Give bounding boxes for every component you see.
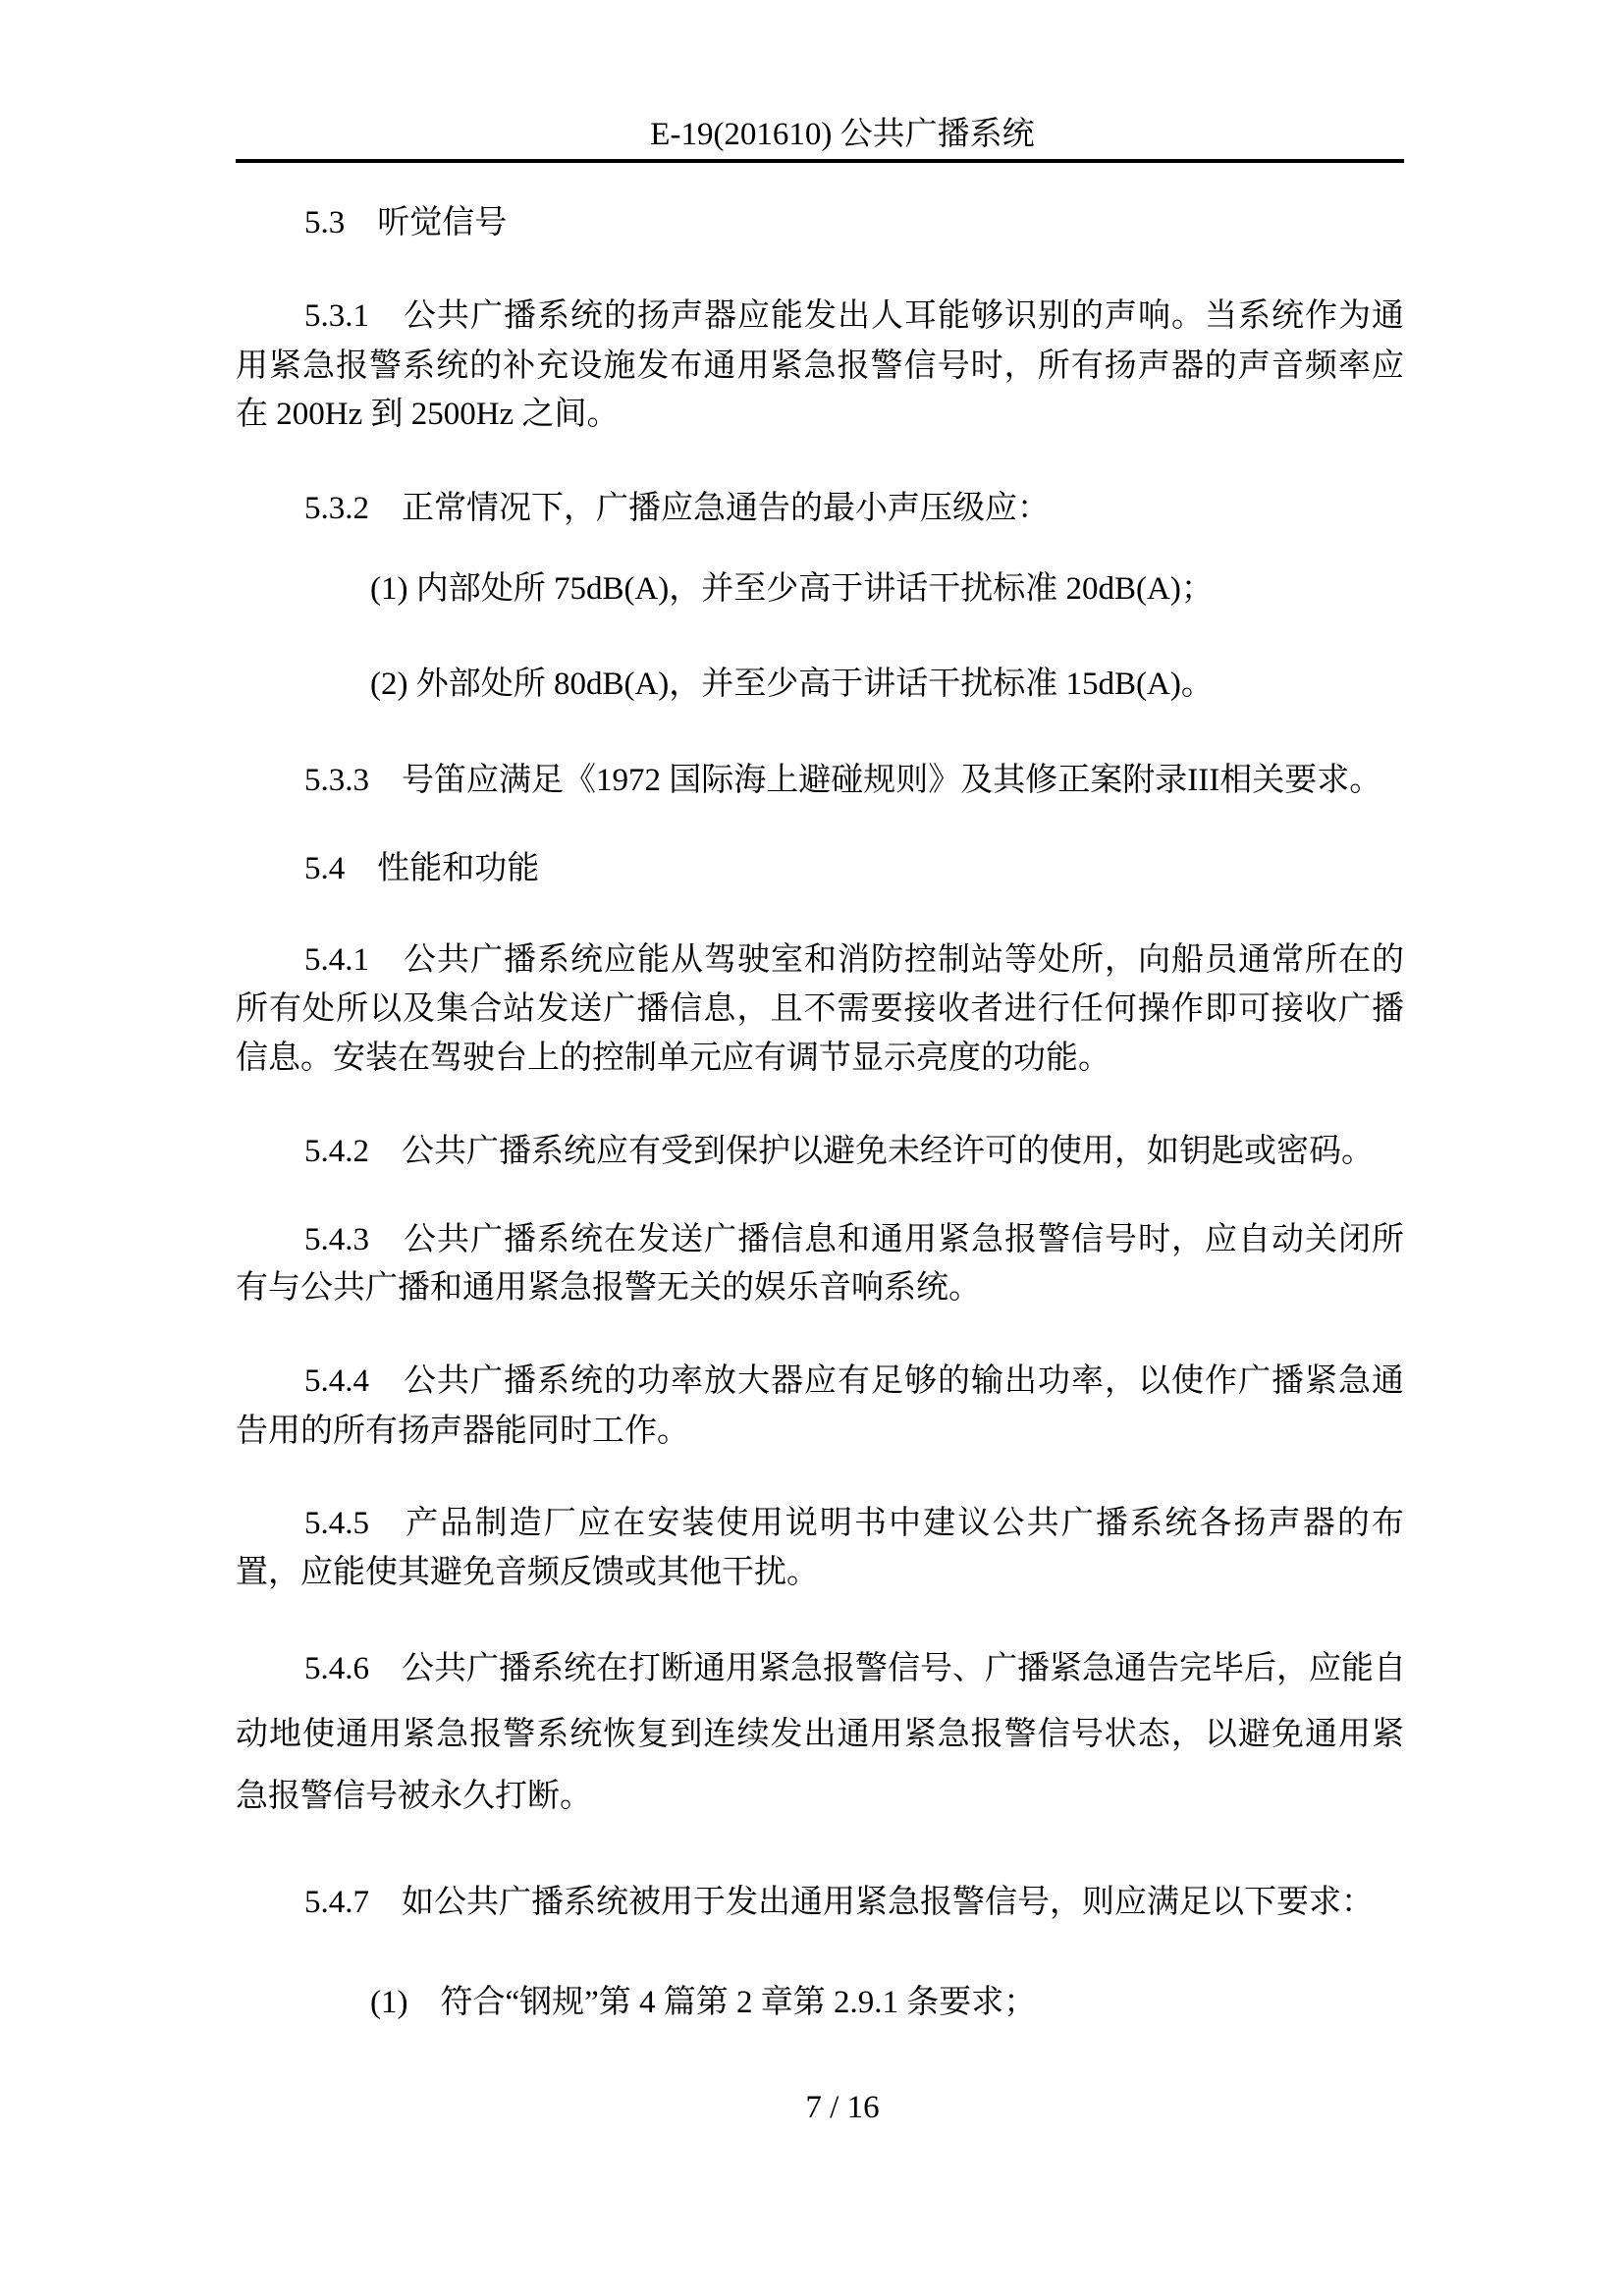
text-line: 5.3.3 号笛应满足《1972 国际海上避碰规则》及其修正案附录III相关要求… xyxy=(236,756,1404,805)
text-line: 告用的所有扬声器能同时工作。 xyxy=(236,1407,1404,1456)
document-page: E-19(201610) 公共广播系统 5.3 听觉信号5.3.1 公共广播系统… xyxy=(0,0,1624,2296)
text-line: (2) 外部处所 80dB(A)，并至少高于讲话干扰标准 15dB(A)。 xyxy=(236,660,1404,709)
page-number: 7 / 16 xyxy=(236,2083,1404,2132)
text-line: 急报警信号被永久打断。 xyxy=(236,1772,1404,1821)
text-line: 信息。安装在驾驶台上的控制单元应有调节显示亮度的功能。 xyxy=(236,1034,1404,1083)
text-line: 5.3.1 公共广播系统的扬声器应能发出人耳能够识别的声响。当系统作为通 xyxy=(236,292,1404,341)
text-line: 5.4.2 公共广播系统应有受到保护以避免未经许可的使用，如钥匙或密码。 xyxy=(236,1127,1404,1176)
text-line: 5.4.6 公共广播系统在打断通用紧急报警信号、广播紧急通告完毕后，应能自 xyxy=(236,1644,1404,1693)
text-line: 动地使通用紧急报警系统恢复到连续发出通用紧急报警信号状态，以避免通用紧 xyxy=(236,1710,1404,1759)
text-line: 有与公共广播和通用紧急报警无关的娱乐音响系统。 xyxy=(236,1263,1404,1312)
text-line: (1) 内部处所 75dB(A)，并至少高于讲话干扰标准 20dB(A)； xyxy=(236,564,1404,614)
text-line: 5.4.5 产品制造厂应在安装使用说明书中建议公共广播系统各扬声器的布 xyxy=(236,1499,1404,1548)
text-line: 5.4.4 公共广播系统的功率放大器应有足够的输出功率，以使作广播紧急通 xyxy=(236,1357,1404,1406)
text-line: 所有处所以及集合站发送广播信息，且不需要接收者进行任何操作即可接收广播 xyxy=(236,985,1404,1034)
text-line: 置，应能使其避免音频反馈或其他干扰。 xyxy=(236,1548,1404,1597)
text-line: 在 200Hz 到 2500Hz 之间。 xyxy=(236,390,1404,439)
text-line: 5.4.7 如公共广播系统被用于发出通用紧急报警信号，则应满足以下要求： xyxy=(236,1878,1404,1927)
text-line: 5.3.2 正常情况下，广播应急通告的最小声压级应： xyxy=(236,484,1404,533)
page-header: E-19(201610) 公共广播系统 xyxy=(236,110,1404,159)
text-line: 5.4.3 公共广播系统在发送广播信息和通用紧急报警信号时，应自动关闭所 xyxy=(236,1215,1404,1264)
header-rule xyxy=(236,159,1404,163)
text-line: (1) 符合“钢规”第 4 篇第 2 章第 2.9.1 条要求； xyxy=(236,1978,1404,2027)
text-line: 5.3 听觉信号 xyxy=(236,198,1404,247)
text-line: 5.4 性能和功能 xyxy=(236,844,1404,893)
text-line: 5.4.1 公共广播系统应能从驾驶室和消防控制站等处所，向船员通常所在的 xyxy=(236,935,1404,985)
text-line: 用紧急报警系统的补充设施发布通用紧急报警信号时，所有扬声器的声音频率应 xyxy=(236,342,1404,391)
